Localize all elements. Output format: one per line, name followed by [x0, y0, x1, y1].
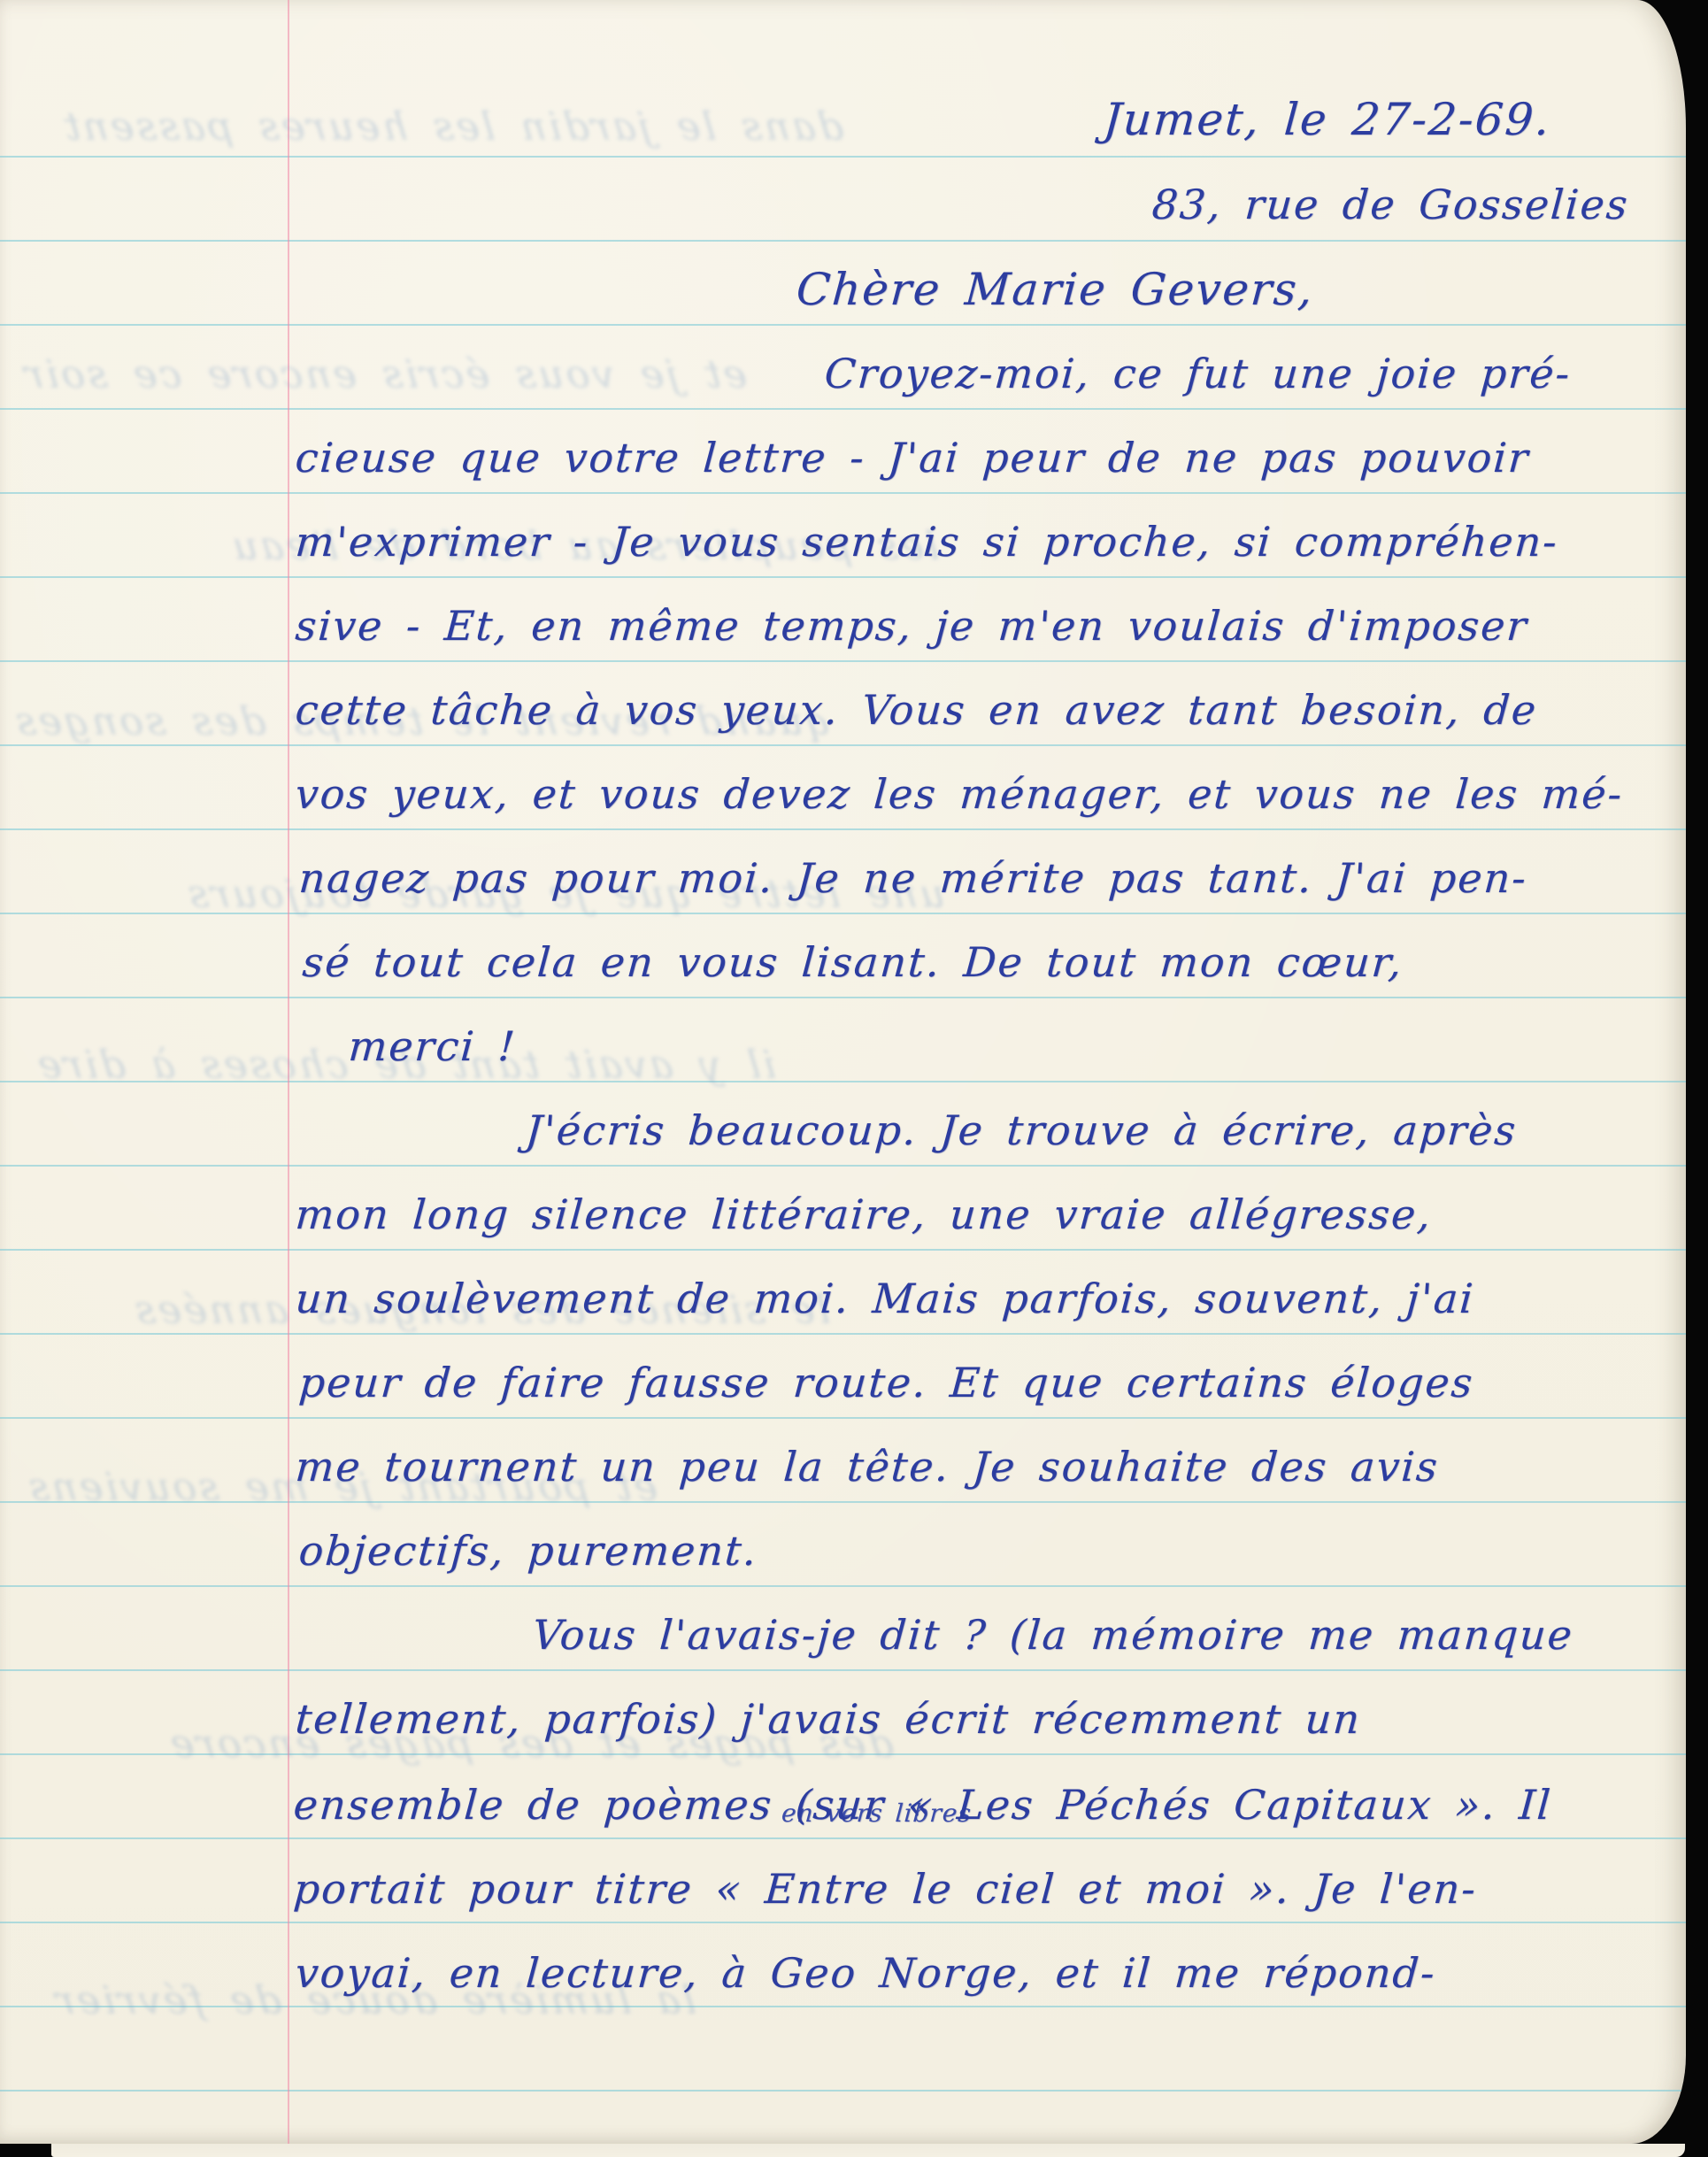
- handwriting-line: cieuse que votre lettre - J'ai peur de n…: [294, 434, 1531, 481]
- handwriting-line: Vous l'avais-je dit ? (la mémoire me man…: [531, 1611, 1575, 1659]
- bleedthrough-text: et je vous écris encore ce soir: [19, 352, 749, 397]
- letter-page: dans le jardin les heures passent et je …: [0, 0, 1686, 2144]
- date-line: Jumet, le 27-2-69.: [1102, 94, 1552, 145]
- bleedthrough-text: dans le jardin les heures passent: [59, 104, 845, 150]
- handwriting-line: cette tâche à vos yeux. Vous en avez tan…: [294, 686, 1539, 734]
- handwriting-line: vos yeux, et vous devez les ménager, et …: [294, 770, 1625, 818]
- handwriting-line: sé tout cela en vous lisant. De tout mon…: [301, 938, 1404, 986]
- handwriting-line: tellement, parfois) j'avais écrit récemm…: [294, 1695, 1363, 1743]
- handwriting-line: objectifs, purement.: [297, 1527, 759, 1575]
- handwriting-line: sive - Et, en même temps, je m'en voulai…: [294, 602, 1529, 650]
- address-line: 83, rue de Gosselies: [1150, 181, 1630, 228]
- handwriting-line: portait pour titre « Entre le ciel et mo…: [292, 1865, 1479, 1913]
- handwriting-line: peur de faire fausse route. Et que certa…: [297, 1359, 1475, 1406]
- scanned-letter-screenshot: { "document_type": "handwritten letter (…: [0, 0, 1708, 2157]
- handwriting-line: m'exprimer - Je vous sentais si proche, …: [294, 518, 1560, 566]
- handwriting-line: voyai, en lecture, à Geo Norge, et il me…: [294, 1949, 1438, 1997]
- handwriting-line: merci !: [347, 1022, 518, 1070]
- handwriting-line: me tournent un peu la tête. Je souhaite …: [294, 1443, 1441, 1491]
- handwriting-line: Croyez-moi, ce fut une joie pré-: [823, 350, 1573, 397]
- handwriting-line: ensemble de poèmes (sur « Les Péchés Cap…: [292, 1781, 1553, 1829]
- handwriting-line: un soulèvement de moi. Mais parfois, sou…: [294, 1275, 1476, 1322]
- salutation-line: Chère Marie Gevers,: [795, 264, 1316, 315]
- handwriting-line: mon long silence littéraire, une vraie a…: [294, 1190, 1434, 1238]
- handwriting-line: J'écris beaucoup. Je trouve à écrire, ap…: [524, 1106, 1519, 1154]
- underlying-page-edge: [51, 2144, 1685, 2157]
- handwriting-line: nagez pas pour moi. Je ne mérite pas tan…: [297, 854, 1529, 902]
